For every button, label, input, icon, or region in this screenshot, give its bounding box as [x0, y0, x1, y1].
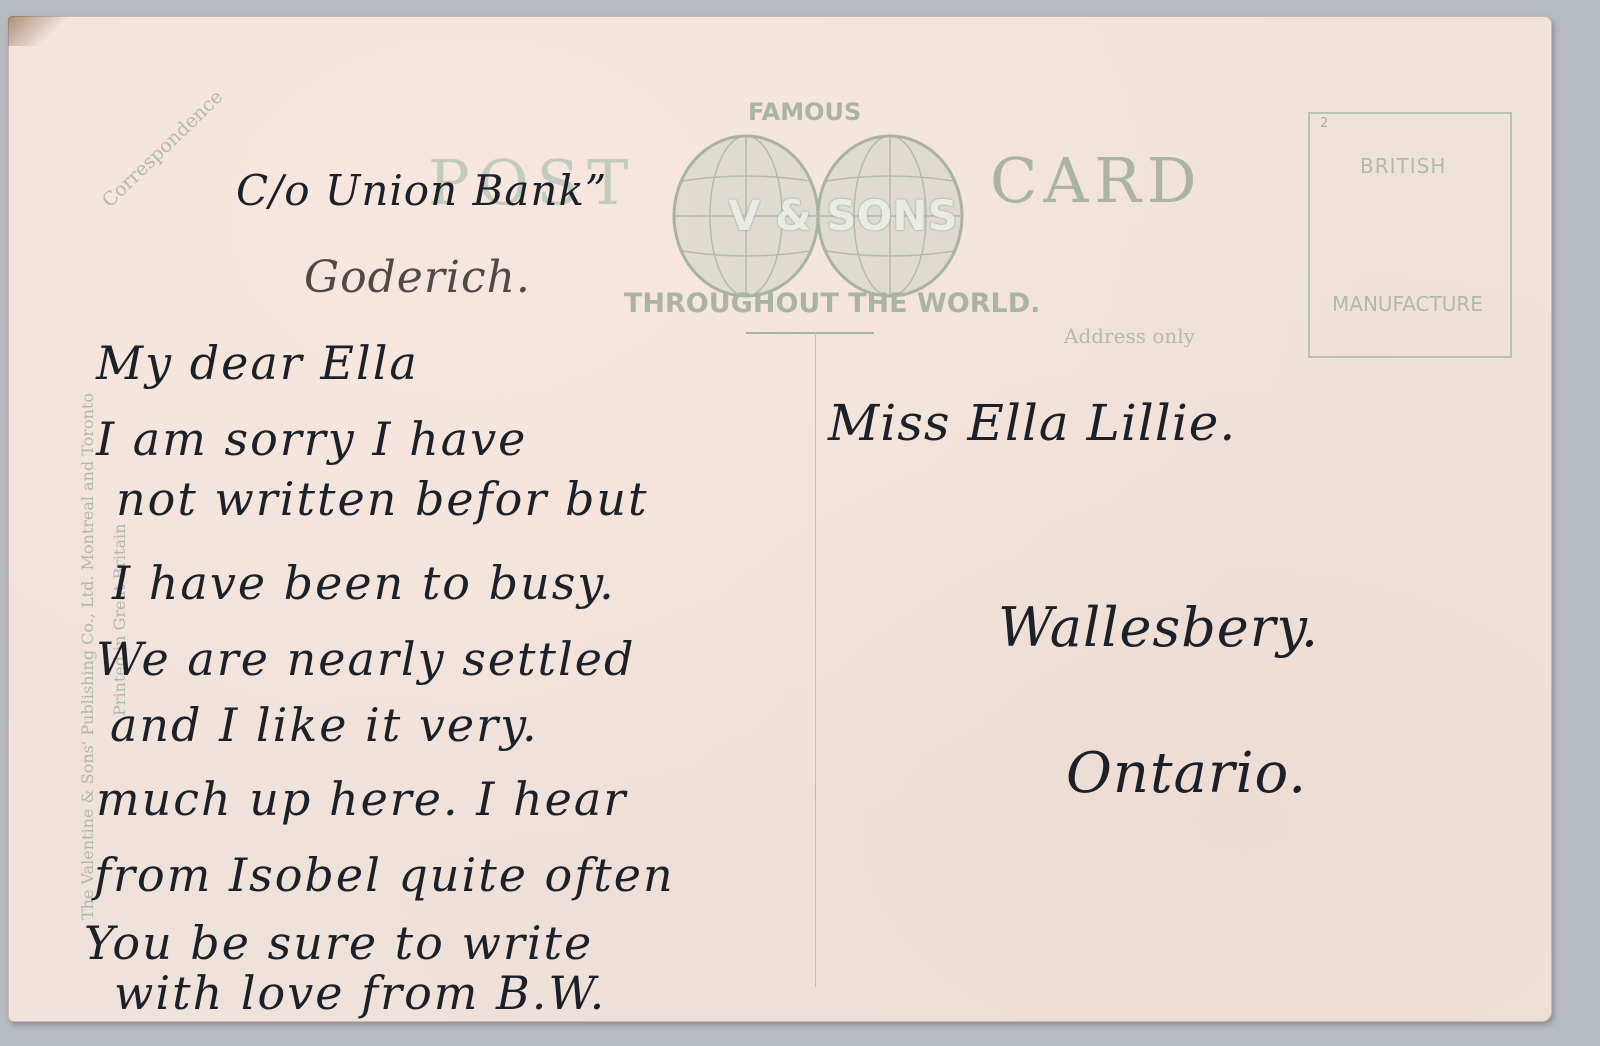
- handwritten-care-of: C/o Union Bank”: [236, 166, 607, 215]
- stamp-corner-number: 2: [1320, 116, 1328, 131]
- header-famous: FAMOUS: [748, 98, 861, 126]
- correspondence-label: Correspondence: [98, 86, 227, 212]
- message-line: from Isobel quite often: [94, 848, 675, 902]
- address-only-label: Address only: [1064, 324, 1195, 348]
- message-line: not written befor but: [116, 472, 649, 526]
- message-line: and I like it very.: [110, 698, 539, 752]
- logo-underline: [746, 332, 874, 334]
- center-divider: [815, 332, 816, 987]
- message-line: I have been to busy.: [112, 556, 616, 610]
- message-line: We are nearly settled: [96, 632, 635, 686]
- stamp-text-manufacture: MANUFACTURE: [1332, 292, 1483, 316]
- handwritten-town: Goderich.: [304, 252, 531, 303]
- recipient-city: Wallesbery.: [998, 596, 1319, 659]
- message-line: You be sure to write: [84, 916, 593, 970]
- recipient-province: Ontario.: [1066, 741, 1307, 806]
- message-line: My dear Ella: [96, 336, 419, 390]
- stamp-text-british: BRITISH: [1360, 154, 1446, 178]
- recipient-name: Miss Ella Lillie.: [828, 394, 1236, 452]
- publisher-line: The Valentine & Sons' Publishing Co., Lt…: [78, 393, 97, 920]
- header-card: CARD: [990, 144, 1203, 217]
- message-line: much up here. I hear: [96, 772, 627, 826]
- postcard-back: FAMOUS POST V & SONS CARD THROUGHOUT THE…: [8, 16, 1552, 1022]
- header-throughout: THROUGHOUT THE WORLD.: [624, 288, 1040, 319]
- stamp-box: [1308, 112, 1512, 358]
- printed-in-line: Printed in Great Britain: [110, 524, 129, 716]
- message-line: with love from B.W.: [114, 966, 606, 1020]
- logo-text: V & SONS: [728, 191, 958, 240]
- message-line: I am sorry I have: [96, 412, 527, 466]
